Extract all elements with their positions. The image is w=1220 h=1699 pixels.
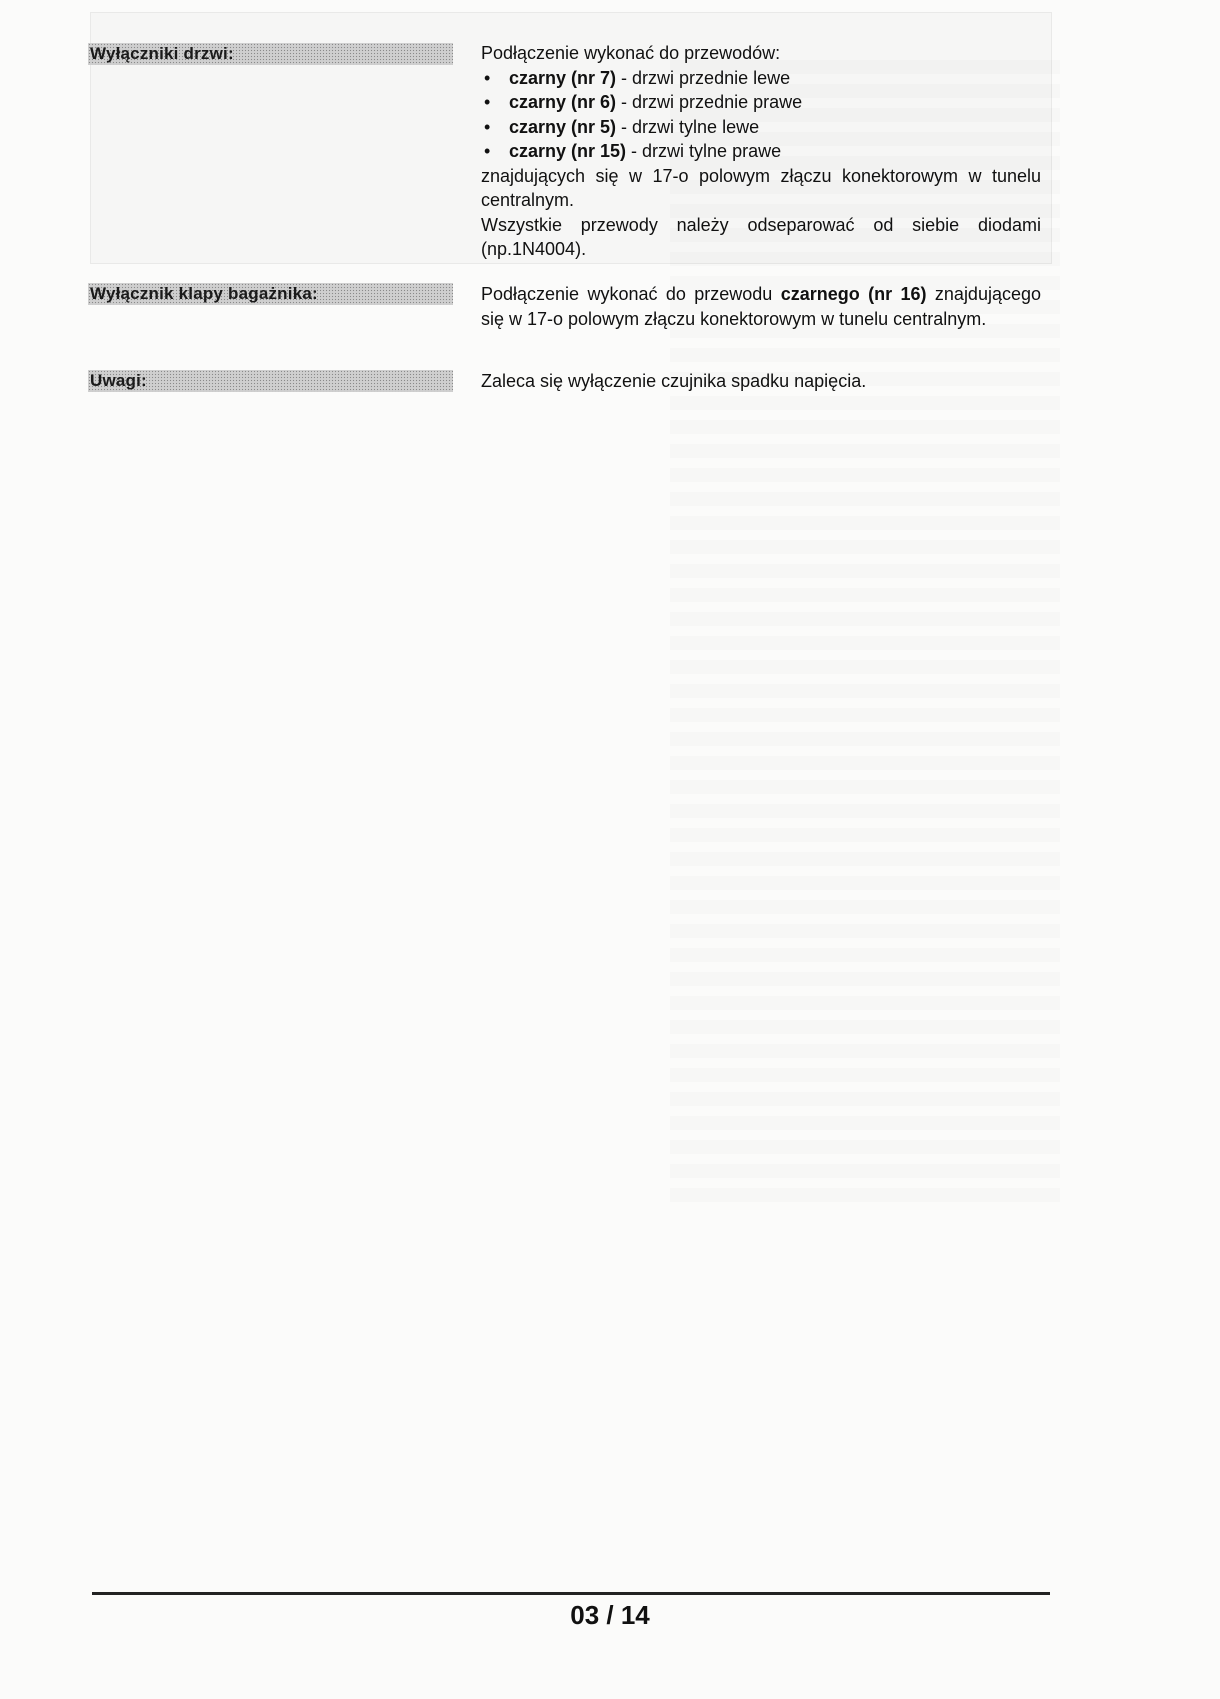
page-number: 03 / 14 [0, 1600, 1220, 1631]
section-label-door-switches: Wyłączniki drzwi: [88, 43, 453, 65]
location-text: znajdujących się w 17-o polowym złączu k… [481, 164, 1041, 213]
list-item: czarny (nr 6) - drzwi przednie prawe [481, 90, 1041, 115]
footer-divider [92, 1592, 1050, 1595]
section-content-door-switches: Podłączenie wykonać do przewodów: czarny… [481, 41, 1041, 262]
wire-list: czarny (nr 7) - drzwi przednie lewe czar… [481, 66, 1041, 164]
list-item: czarny (nr 5) - drzwi tylne lewe [481, 115, 1041, 140]
list-item: czarny (nr 15) - drzwi tylne prawe [481, 139, 1041, 164]
note-text: Wszystkie przewody należy odseparować od… [481, 213, 1041, 262]
section-content-trunk-switch: Podłączenie wykonać do przewodu czarnego… [481, 282, 1041, 331]
section-content-notes: Zaleca się wyłączenie czujnika spadku na… [481, 369, 1041, 394]
intro-text: Podłączenie wykonać do przewodów: [481, 41, 1041, 66]
section-label-notes: Uwagi: [88, 370, 453, 392]
list-item: czarny (nr 7) - drzwi przednie lewe [481, 66, 1041, 91]
section-label-trunk-switch: Wyłącznik klapy bagażnika: [88, 283, 453, 305]
notes-text: Zaleca się wyłączenie czujnika spadku na… [481, 369, 1041, 394]
trunk-text: Podłączenie wykonać do przewodu czarnego… [481, 282, 1041, 331]
